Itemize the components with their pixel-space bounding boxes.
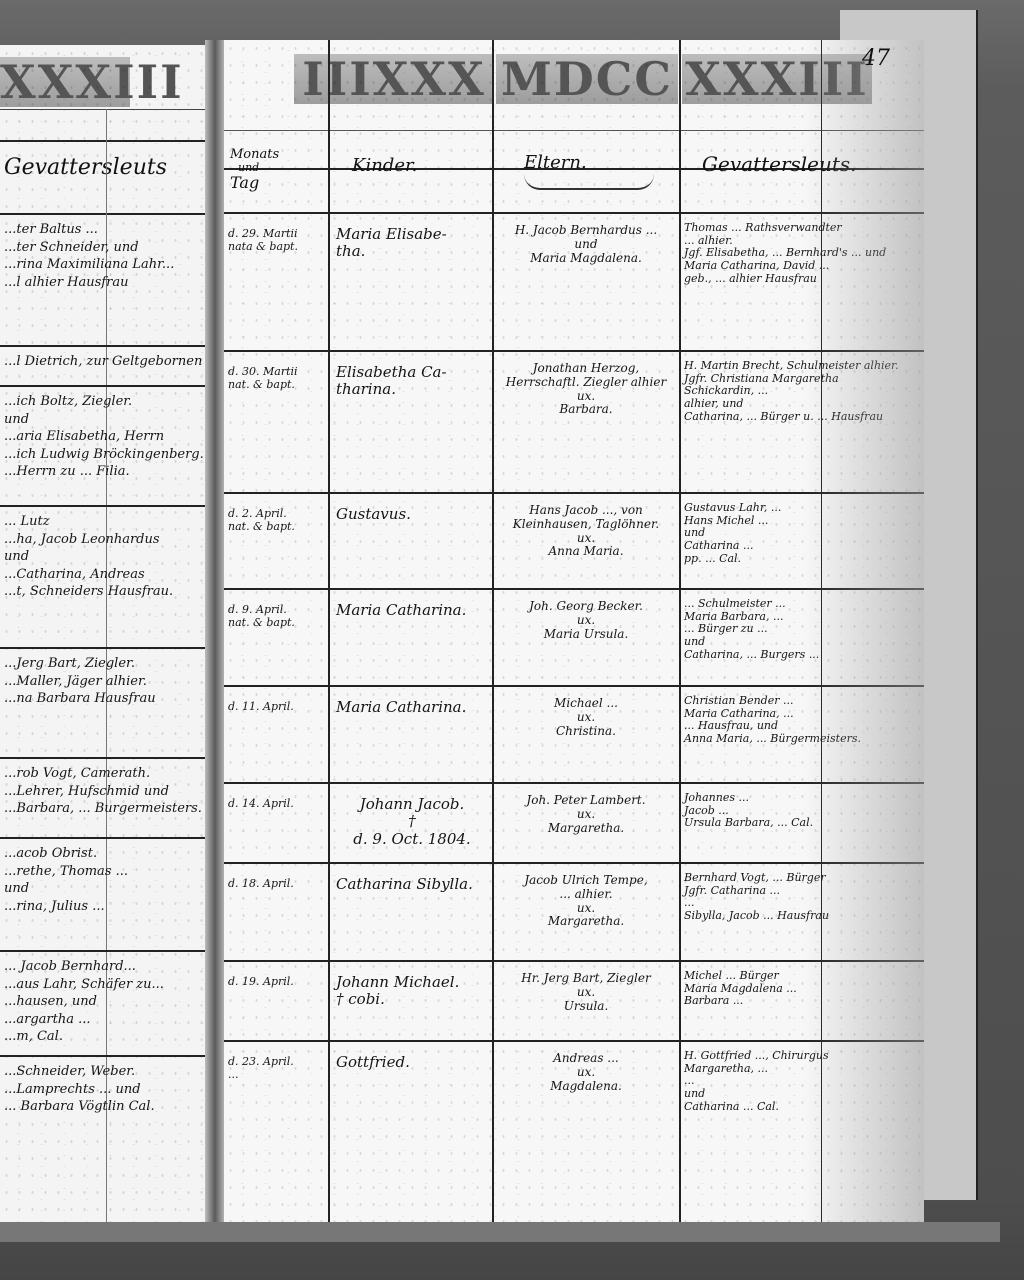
- entry-sponsors: H. Gottfried ..., ChirurgusMargaretha, .…: [684, 1050, 916, 1113]
- entry-rule: [0, 950, 208, 952]
- entry-sponsors: ... Schulmeister ...Maria Barbara, .....…: [684, 598, 916, 661]
- entry-parents: Hans Jacob ..., vonKleinhausen, Taglöhne…: [496, 504, 676, 559]
- left-entry-line: ...Lamprechts ... und: [4, 1081, 155, 1099]
- entry-sponsors-line: ... Schulmeister ...: [684, 598, 916, 611]
- entry-parents-line: Jonathan Herzog,: [496, 362, 676, 376]
- entry-child-name: Catharina Sibylla.: [336, 876, 488, 893]
- right-page: IIIXXX MDCC XXXIII Monats und Tag Kinder…: [224, 40, 924, 1230]
- entry-sponsors-line: Thomas ... Rathsverwandter: [684, 222, 916, 235]
- entry-date-line: ...: [228, 1069, 326, 1082]
- entry-child-name-line: Johann Michael.: [336, 974, 488, 991]
- entry-date-line: nat. & bapt.: [228, 379, 326, 392]
- left-entry-line: ... Jacob Bernhard...: [4, 958, 164, 976]
- entry-parents-line: Hans Jacob ..., von: [496, 504, 676, 518]
- entry-rule: [224, 588, 924, 590]
- year-heading-decade: XXXIII: [682, 54, 872, 104]
- entry-date-line: d. 30. Martii: [228, 366, 326, 379]
- left-entry-line: und: [4, 411, 211, 429]
- entry-parents-line: Maria Magdalena.: [496, 252, 676, 266]
- left-entry-sponsors: ... Jacob Bernhard......aus Lahr, Schäfe…: [4, 958, 164, 1046]
- entry-sponsors-line: Catharina ... Cal.: [684, 1101, 916, 1114]
- entry-date-line: d. 2. April.: [228, 508, 326, 521]
- left-entry-line: ... Lutz: [4, 513, 173, 531]
- entry-child-name: Johann Michael.† cobi.: [336, 974, 488, 1009]
- left-entry-sponsors: ...ter Baltus ......ter Schneider, und..…: [4, 221, 174, 291]
- entry-child-name: Johann Jacob.†d. 9. Oct. 1804.: [336, 796, 488, 848]
- left-entry-line: ... Barbara Vögtlin Cal.: [4, 1098, 155, 1116]
- left-entry-line: ...hausen, und: [4, 993, 164, 1011]
- entry-child-name: Elisabetha Ca-tharina.: [336, 364, 488, 399]
- entry-parents-line: und: [496, 238, 676, 252]
- left-entry-line: ...Lehrer, Hufschmid und: [4, 783, 202, 801]
- entry-date-line: d. 11. April.: [228, 701, 326, 714]
- entry-sponsors-line: Catharina, ... Bürger u. ... Hausfrau: [684, 411, 916, 424]
- left-entry-line: ...t, Schneiders Hausfrau.: [4, 583, 173, 601]
- entry-date-line: nata & bapt.: [228, 241, 326, 254]
- entry-parents: Joh. Georg Becker.ux.Maria Ursula.: [496, 600, 676, 641]
- left-entry-sponsors: ...Schneider, Weber....Lamprechts ... un…: [4, 1063, 155, 1116]
- entry-parents-line: Michael ...: [496, 697, 676, 711]
- left-entry-line: ...acob Obrist.: [4, 845, 128, 863]
- entry-sponsors-line: Gustavus Lahr, ...: [684, 502, 916, 515]
- left-entry-line: ...aria Elisabetha, Herrn: [4, 428, 211, 446]
- entry-sponsors-line: Christian Bender ...: [684, 695, 916, 708]
- header-children: Kinder.: [352, 155, 417, 176]
- header-parents: Eltern.: [524, 152, 587, 173]
- entry-sponsors-line: Michel ... Bürger: [684, 970, 916, 983]
- entry-sponsors-line: Anna Maria, ... Bürgermeisters.: [684, 733, 916, 746]
- entry-date: d. 14. April.: [228, 798, 326, 811]
- entry-sponsors-line: Catharina, ... Burgers ...: [684, 649, 916, 662]
- entry-sponsors-line: pp. ... Cal.: [684, 553, 916, 566]
- entry-sponsors-line: Bernhard Vogt, ... Bürger: [684, 872, 916, 885]
- left-entry-line: ...na Barbara Hausfrau: [4, 690, 156, 708]
- left-entry-line: ...Jerg Bart, Ziegler.: [4, 655, 156, 673]
- entry-sponsors-line: H. Gottfried ..., Chirurgus: [684, 1050, 916, 1063]
- entry-date: d. 29. Martiinata & bapt.: [228, 228, 326, 253]
- entry-date: d. 19. April.: [228, 976, 326, 989]
- column-divider: [328, 40, 330, 1230]
- left-entry-line: und: [4, 880, 128, 898]
- entry-parents: Andreas ...ux.Magdalena.: [496, 1052, 676, 1093]
- entry-child-name-line: Elisabetha Ca-: [336, 364, 488, 381]
- entry-sponsors: Christian Bender ...Maria Catharina, ...…: [684, 695, 916, 746]
- entry-rule: [0, 837, 208, 839]
- left-entry-sponsors: ...Jerg Bart, Ziegler....Maller, Jäger a…: [4, 655, 156, 708]
- year-heading-mirrored: IIIXXX: [294, 54, 494, 104]
- left-entry-line: ...Barbara, ... Burgermeisters.: [4, 800, 202, 818]
- left-entry-line: ...Herrn zu ... Filia.: [4, 463, 211, 481]
- entry-date: d. 30. Martiinat. & bapt.: [228, 366, 326, 391]
- left-entry-line: ...ha, Jacob Leonhardus: [4, 531, 173, 549]
- entry-parents-line: ux.: [496, 532, 676, 546]
- left-entry-line: ...rina, Julius ...: [4, 898, 128, 916]
- entry-sponsors-line: Margaretha, ...: [684, 1063, 916, 1076]
- left-entry-sponsors: ...ich Boltz, Ziegler.und...aria Elisabe…: [4, 393, 211, 481]
- left-entry-line: ...m, Cal.: [4, 1028, 164, 1046]
- left-entry-line: ...ter Baltus ...: [4, 221, 174, 239]
- entry-parents-line: ux.: [496, 1066, 676, 1080]
- rule: [0, 109, 208, 110]
- entry-sponsors-line: ...: [684, 1075, 916, 1088]
- entry-rule: [0, 757, 208, 759]
- entry-date: d. 2. April.nat. & bapt.: [228, 508, 326, 533]
- entry-rule: [0, 345, 208, 347]
- entry-child-name: Gottfried.: [336, 1054, 488, 1071]
- entry-child-name: Maria Catharina.: [336, 699, 488, 716]
- entry-child-name: Maria Catharina.: [336, 602, 488, 619]
- entry-child-name-line: Catharina Sibylla.: [336, 876, 488, 893]
- left-entry-line: ...l Dietrich, zur Geltgebornen: [4, 353, 202, 371]
- entry-parents-line: Joh. Peter Lambert.: [496, 794, 676, 808]
- left-entry-line: ...ich Boltz, Ziegler.: [4, 393, 211, 411]
- rule: [0, 140, 208, 142]
- entry-child-name-line: Johann Jacob.: [336, 796, 488, 813]
- entry-rule: [0, 385, 208, 387]
- entry-sponsors: Michel ... BürgerMaria Magdalena ...Barb…: [684, 970, 916, 1008]
- entry-rule: [224, 960, 924, 962]
- entry-child-name-line: † cobi.: [336, 991, 488, 1008]
- entry-child-name-line: d. 9. Oct. 1804.: [336, 831, 488, 848]
- entry-parents-line: ux.: [496, 390, 676, 404]
- entry-sponsors-line: Sibylla, Jacob ... Hausfrau: [684, 910, 916, 923]
- entry-sponsors-line: und: [684, 1088, 916, 1101]
- entry-child-name-line: Maria Catharina.: [336, 602, 488, 619]
- entry-sponsors-line: Johannes ...: [684, 792, 916, 805]
- entry-rule: [224, 862, 924, 864]
- entry-parents: Michael ...ux.Christina.: [496, 697, 676, 738]
- entry-sponsors-line: H. Martin Brecht, Schulmeister alhier.: [684, 360, 916, 373]
- entry-parents-line: Joh. Georg Becker.: [496, 600, 676, 614]
- entry-sponsors-line: Ursula Barbara, ... Cal.: [684, 817, 916, 830]
- left-entry-line: ...rina Maximiliana Lahr...: [4, 256, 174, 274]
- entry-parents: Jacob Ulrich Tempe,... alhier.ux.Margare…: [496, 874, 676, 929]
- entry-parents-line: Ursula.: [496, 1000, 676, 1014]
- entry-parents-line: Andreas ...: [496, 1052, 676, 1066]
- entry-parents-line: Magdalena.: [496, 1080, 676, 1094]
- entry-date: d. 9. April.nat. & bapt.: [228, 604, 326, 629]
- entry-parents-line: Christina.: [496, 725, 676, 739]
- flourish-ornament: [524, 174, 654, 190]
- left-entry-line: ...aus Lahr, Schäfer zu...: [4, 976, 164, 994]
- year-heading-left: XXXIII: [0, 57, 130, 107]
- entry-sponsors-line: Jgfr. Catharina ...: [684, 885, 916, 898]
- entry-rule: [0, 647, 208, 649]
- entry-sponsors-line: Hans Michel ...: [684, 515, 916, 528]
- entry-sponsors: H. Martin Brecht, Schulmeister alhier.Jg…: [684, 360, 916, 423]
- entry-parents-line: ux.: [496, 808, 676, 822]
- left-entry-line: ...ich Ludwig Bröckingenberg...: [4, 446, 211, 464]
- entry-rule: [0, 1055, 208, 1057]
- page-number: 47: [862, 46, 890, 71]
- left-entry-line: ...rob Vogt, Camerath.: [4, 765, 202, 783]
- entry-child-name-line: Gottfried.: [336, 1054, 488, 1071]
- entry-date-line: d. 19. April.: [228, 976, 326, 989]
- column-divider: [679, 40, 681, 1230]
- entry-sponsors-line: und: [684, 636, 916, 649]
- entry-rule: [224, 685, 924, 687]
- year-heading-century: MDCC: [496, 54, 678, 104]
- entry-sponsors-line: alhier, und: [684, 398, 916, 411]
- entry-sponsors: Gustavus Lahr, ...Hans Michel ...undCath…: [684, 502, 916, 565]
- entry-parents-line: Hr. Jerg Bart, Ziegler: [496, 972, 676, 986]
- entry-date-line: d. 18. April.: [228, 878, 326, 891]
- entry-date-line: d. 9. April.: [228, 604, 326, 617]
- entry-child-name-line: †: [336, 813, 488, 830]
- entry-parents-line: Margaretha.: [496, 915, 676, 929]
- entry-child-name-line: tharina.: [336, 381, 488, 398]
- page-bottom-shadow: [0, 1222, 1000, 1242]
- entry-child-name-line: tha.: [336, 243, 488, 260]
- entry-parents-line: ... alhier.: [496, 888, 676, 902]
- entry-rule: [224, 350, 924, 352]
- left-entry-line: ...Maller, Jäger alhier.: [4, 673, 156, 691]
- entry-parents: H. Jacob Bernhardus ...undMaria Magdalen…: [496, 224, 676, 265]
- column-divider: [492, 40, 494, 1230]
- left-entry-line: ...rethe, Thomas ...: [4, 863, 128, 881]
- entry-sponsors-line: ... Bürger zu ...: [684, 623, 916, 636]
- entry-parents: Hr. Jerg Bart, Zieglerux.Ursula.: [496, 972, 676, 1013]
- entry-date: d. 23. April....: [228, 1056, 326, 1081]
- entry-child-name-line: Maria Catharina.: [336, 699, 488, 716]
- entry-date-line: nat. & bapt.: [228, 617, 326, 630]
- left-column-header: Gevattersleuts: [4, 155, 167, 180]
- entry-date-line: d. 23. April.: [228, 1056, 326, 1069]
- left-entry-line: ...argartha ...: [4, 1011, 164, 1029]
- left-entry-sponsors: ...rob Vogt, Camerath....Lehrer, Hufschm…: [4, 765, 202, 818]
- entry-parents-line: ux.: [496, 986, 676, 1000]
- entry-date-line: d. 14. April.: [228, 798, 326, 811]
- entry-parents-line: H. Jacob Bernhardus ...: [496, 224, 676, 238]
- entry-sponsors: Bernhard Vogt, ... BürgerJgfr. Catharina…: [684, 872, 916, 923]
- entry-rule: [224, 782, 924, 784]
- entry-sponsors-line: Barbara ...: [684, 995, 916, 1008]
- entry-sponsors: Thomas ... Rathsverwandter... alhier.Jgf…: [684, 222, 916, 285]
- entry-date-line: nat. & bapt.: [228, 521, 326, 534]
- entry-parents-line: Maria Ursula.: [496, 628, 676, 642]
- entry-rule: [0, 505, 208, 507]
- entry-date: d. 18. April.: [228, 878, 326, 891]
- header-month-day: Monats und Tag: [230, 148, 279, 192]
- left-entry-sponsors: ...l Dietrich, zur Geltgebornen: [4, 353, 202, 371]
- entry-parents-line: Kleinhausen, Taglöhner.: [496, 518, 676, 532]
- entry-sponsors-line: Maria Catharina, David ...: [684, 260, 916, 273]
- left-page: XXXIII Gevattersleuts ...ter Baltus ....…: [0, 45, 211, 1223]
- left-entry-line: ...l alhier Hausfrau: [4, 274, 174, 292]
- entry-parents-line: Barbara.: [496, 403, 676, 417]
- entry-parents-line: Jacob Ulrich Tempe,: [496, 874, 676, 888]
- left-entry-line: ...Catharina, Andreas: [4, 566, 173, 584]
- entry-parents-line: Margaretha.: [496, 822, 676, 836]
- entry-sponsors-line: Catharina ...: [684, 540, 916, 553]
- entry-child-name-line: Maria Elisabe-: [336, 226, 488, 243]
- left-entry-line: ...ter Schneider, und: [4, 239, 174, 257]
- entry-parents-line: Anna Maria.: [496, 545, 676, 559]
- left-entry-line: und: [4, 548, 173, 566]
- entry-child-name-line: Gustavus.: [336, 506, 488, 523]
- entry-rule: [224, 1040, 924, 1042]
- entry-parents-line: ux.: [496, 711, 676, 725]
- entry-parents-line: ux.: [496, 614, 676, 628]
- left-entry-line: ...Schneider, Weber.: [4, 1063, 155, 1081]
- entry-child-name: Gustavus.: [336, 506, 488, 523]
- entry-parents: Joh. Peter Lambert.ux.Margaretha.: [496, 794, 676, 835]
- header-sponsors: Gevattersleuts.: [702, 152, 857, 176]
- entry-sponsors-line: geb., ... alhier Hausfrau: [684, 273, 916, 286]
- left-entry-sponsors: ... Lutz...ha, Jacob Leonhardusund...Cat…: [4, 513, 173, 601]
- entry-rule: [224, 492, 924, 494]
- entry-date-line: d. 29. Martii: [228, 228, 326, 241]
- entry-parents-line: Herrschaftl. Ziegler alhier: [496, 376, 676, 390]
- entry-parents: Jonathan Herzog,Herrschaftl. Ziegler alh…: [496, 362, 676, 417]
- entry-sponsors: Johannes ...Jacob ...Ursula Barbara, ...…: [684, 792, 916, 830]
- left-entry-sponsors: ...acob Obrist....rethe, Thomas ... und.…: [4, 845, 128, 915]
- entry-parents-line: ux.: [496, 902, 676, 916]
- entry-date: d. 11. April.: [228, 701, 326, 714]
- entry-child-name: Maria Elisabe-tha.: [336, 226, 488, 261]
- rule: [0, 213, 208, 215]
